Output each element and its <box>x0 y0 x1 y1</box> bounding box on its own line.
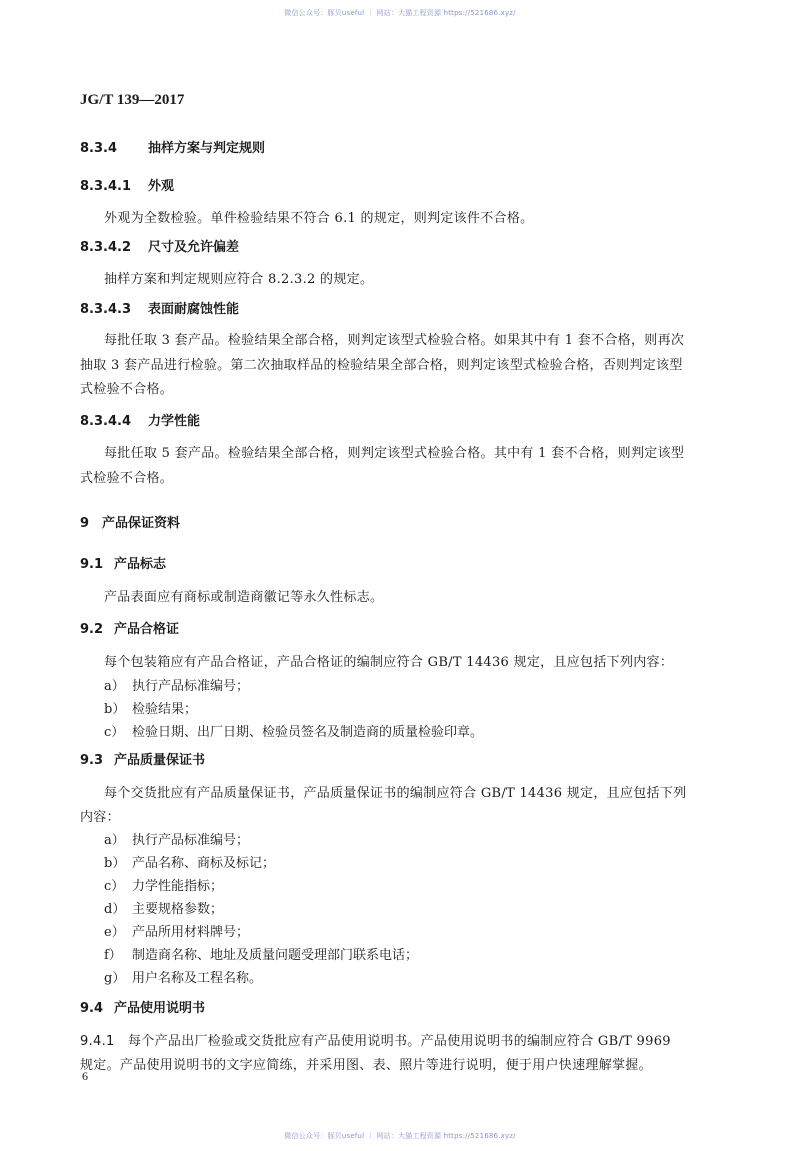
paragraph-line: 规定。产品使用说明书的文字应简练，并采用图、表、照片等进行说明，便于用户快速理解… <box>80 1054 652 1073</box>
section-number: 8.3.4 <box>80 141 148 156</box>
section-title: 产品合格证 <box>114 622 179 637</box>
list-item: c）力学性能指标； <box>104 875 223 894</box>
chapter-heading-9: 9产品保证资料 <box>80 512 180 531</box>
section-heading-8-3-4-2: 8.3.4.2尺寸及允许偏差 <box>80 236 239 255</box>
paragraph-line: 每批任取 5 套产品。检验结果全部合格，则判定该型式检验合格。其中有 1 套不合… <box>104 442 684 461</box>
paragraph-line: 式检验不合格。 <box>80 378 173 397</box>
paragraph-line: 式检验不合格。 <box>80 467 173 486</box>
section-title: 产品质量保证书 <box>114 753 205 768</box>
section-heading-8-3-4-3: 8.3.4.3表面耐腐蚀性能 <box>80 298 239 317</box>
paragraph-line: 9.4.1每个产品出厂检验或交货批应有产品使用说明书。产品使用说明书的编制应符合… <box>80 1030 671 1049</box>
list-item: g）用户名称及工程名称。 <box>104 967 262 986</box>
section-number: 8.3.4.4 <box>80 414 148 429</box>
section-number: 8.3.4.1 <box>80 179 148 194</box>
page-number: 6 <box>82 1069 88 1084</box>
section-title: 尺寸及允许偏差 <box>148 240 239 255</box>
list-item: b）产品名称、商标及标记； <box>104 852 275 871</box>
section-title: 外观 <box>148 179 174 194</box>
section-number: 9.4 <box>80 1001 114 1016</box>
section-title: 表面耐腐蚀性能 <box>148 302 239 317</box>
list-item: a）执行产品标准编号； <box>104 675 249 694</box>
section-title: 产品标志 <box>114 557 166 572</box>
paragraph: 外观为全数检验。单件检验结果不符合 6.1 的规定，则判定该件不合格。 <box>104 207 533 226</box>
list-item: b）检验结果； <box>104 698 197 717</box>
paragraph-line: 每批任取 3 套产品。检验结果全部合格，则判定该型式检验合格。如果其中有 1 套… <box>104 329 684 348</box>
paragraph-line: 抽取 3 套产品进行检验。第二次抽取样品的检验结果全部合格，则判定该型式检验合格… <box>80 354 683 373</box>
section-heading-8-3-4: 8.3.4抽样方案与判定规则 <box>80 137 265 156</box>
watermark-top: 微信公众号：豚贝useful ｜ 网站：大猫工程资源 https://52168… <box>0 8 800 18</box>
list-item: d）主要规格参数； <box>104 898 223 917</box>
section-number: 9.1 <box>80 557 114 572</box>
list-item: e）产品所用材料牌号； <box>104 921 249 940</box>
section-heading-9-1: 9.1产品标志 <box>80 553 166 572</box>
section-heading-9-2: 9.2产品合格证 <box>80 618 179 637</box>
section-title: 抽样方案与判定规则 <box>148 141 265 156</box>
paragraph-line: 内容： <box>80 806 120 825</box>
paragraph: 产品表面应有商标或制造商徽记等永久性标志。 <box>104 586 383 605</box>
section-heading-9-4: 9.4产品使用说明书 <box>80 997 205 1016</box>
list-item: c）检验日期、出厂日期、检验员签名及制造商的质量检验印章。 <box>104 721 483 740</box>
watermark-bottom: 微信公众号：豚贝useful ｜ 网站：大猫工程资源 https://52168… <box>0 1131 800 1141</box>
section-number: 9.4.1 <box>80 1034 128 1049</box>
section-number: 9.2 <box>80 622 114 637</box>
section-title: 产品使用说明书 <box>114 1001 205 1016</box>
section-heading-9-3: 9.3产品质量保证书 <box>80 749 205 768</box>
section-number: 8.3.4.3 <box>80 302 148 317</box>
section-number: 9 <box>80 516 102 531</box>
section-heading-8-3-4-1: 8.3.4.1外观 <box>80 175 174 194</box>
section-title: 力学性能 <box>148 414 200 429</box>
paragraph: 抽样方案和判定规则应符合 8.2.3.2 的规定。 <box>104 268 373 287</box>
section-number: 9.3 <box>80 753 114 768</box>
section-title: 产品保证资料 <box>102 516 180 531</box>
section-heading-8-3-4-4: 8.3.4.4力学性能 <box>80 410 200 429</box>
paragraph-line: 每个交货批应有产品质量保证书，产品质量保证书的编制应符合 GB/T 14436 … <box>104 782 686 801</box>
list-item: a）执行产品标准编号； <box>104 829 249 848</box>
list-item: f）制造商名称、地址及质量问题受理部门联系电话； <box>104 944 418 963</box>
section-number: 8.3.4.2 <box>80 240 148 255</box>
standard-code-header: JG/T 139—2017 <box>80 92 184 109</box>
paragraph: 每个包装箱应有产品合格证，产品合格证的编制应符合 GB/T 14436 规定，且… <box>104 651 673 670</box>
